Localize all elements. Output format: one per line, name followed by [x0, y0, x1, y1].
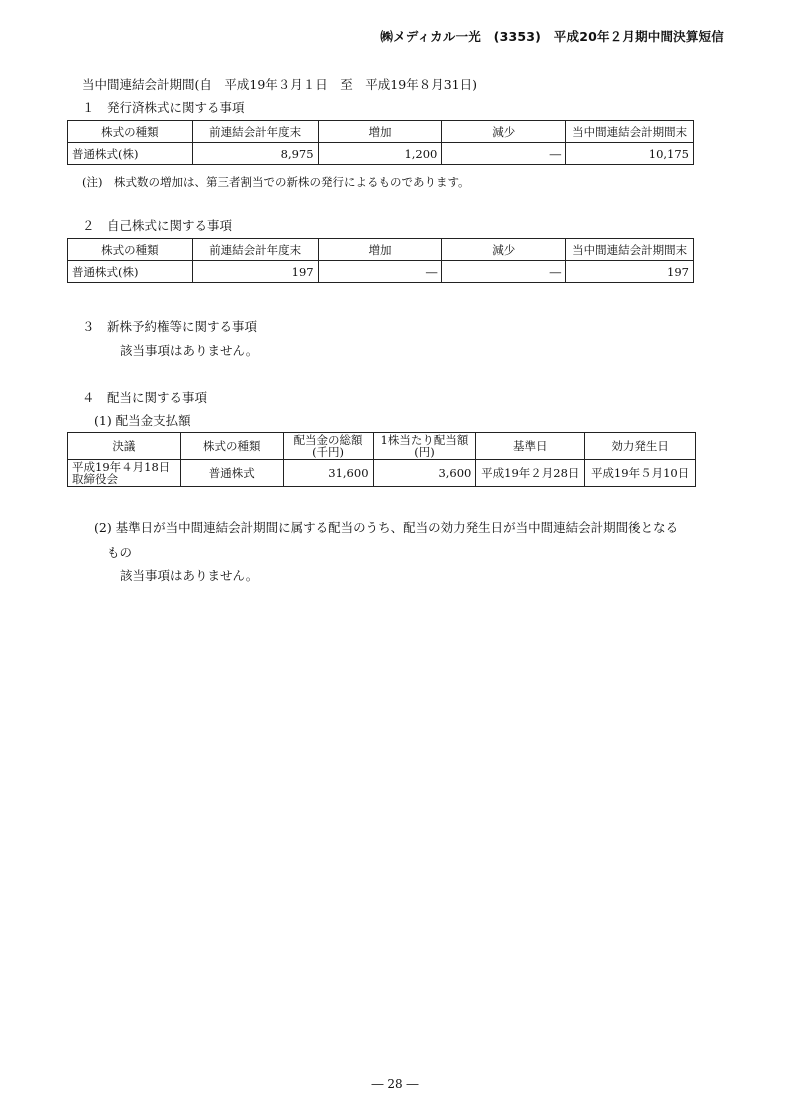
- col-decrease: 減少: [442, 121, 566, 143]
- cell-interim-end: 197: [566, 261, 694, 283]
- col-increase: 増加: [318, 121, 442, 143]
- section4-sub2-title-line1: (2) 基準日が当中間連結会計期間に属する配当のうち、配当の効力発生日が当中間連…: [94, 518, 678, 536]
- col-resolution: 決議: [68, 433, 181, 460]
- section4-title: ４ 配当に関する事項: [82, 388, 207, 406]
- cell-share-type: 普通株式(株): [68, 261, 193, 283]
- table-row: 普通株式(株) 8,975 1,200 ― 10,175: [68, 143, 694, 165]
- cell-prior-year-end: 197: [192, 261, 318, 283]
- section4-sub2-body: 該当事項はありません。: [120, 566, 258, 584]
- cell-decrease: ―: [442, 143, 566, 165]
- col-prior-year-end: 前連結会計年度末: [192, 121, 318, 143]
- table-row: 平成19年４月18日 取締役会 普通株式 31,600 3,600 平成19年２…: [68, 460, 696, 487]
- cell-decrease: ―: [442, 261, 566, 283]
- page-number: ― 28 ―: [0, 1077, 790, 1091]
- cell-interim-end: 10,175: [566, 143, 694, 165]
- cell-resolution: 平成19年４月18日 取締役会: [68, 460, 181, 487]
- col-total-dividend-unit: (千円): [288, 446, 369, 458]
- col-record-date: 基準日: [476, 433, 585, 460]
- col-total-dividend: 配当金の総額 (千円): [283, 433, 373, 460]
- col-prior-year-end: 前連結会計年度末: [192, 239, 318, 261]
- cell-share-type: 普通株式: [180, 460, 283, 487]
- col-dividend-per-share-unit: (円): [378, 446, 472, 458]
- dividends-table: 決議 株式の種類 配当金の総額 (千円) 1株当たり配当額 (円) 基準日 効力…: [67, 432, 696, 487]
- cell-resolution-body: 取締役会: [72, 473, 176, 485]
- cell-share-type: 普通株式(株): [68, 143, 193, 165]
- cell-increase: 1,200: [318, 143, 442, 165]
- col-decrease: 減少: [442, 239, 566, 261]
- cell-dividend-per-share: 3,600: [373, 460, 476, 487]
- cell-increase: ―: [318, 261, 442, 283]
- section2-title: ２ 自己株式に関する事項: [82, 216, 232, 234]
- section1-title: １ 発行済株式に関する事項: [82, 98, 245, 116]
- cell-record-date: 平成19年２月28日: [476, 460, 585, 487]
- section4-sub1-title: (1) 配当金支払額: [94, 411, 191, 429]
- section1-note: (注) 株式数の増加は、第三者割当での新株の発行によるものであります。: [82, 174, 470, 190]
- period-line: 当中間連結会計期間(自 平成19年３月１日 至 平成19年８月31日): [82, 75, 477, 93]
- treasury-shares-table: 株式の種類 前連結会計年度末 増加 減少 当中間連結会計期間末 普通株式(株) …: [67, 238, 694, 283]
- col-interim-end: 当中間連結会計期間末: [566, 239, 694, 261]
- section3-body: 該当事項はありません。: [120, 341, 258, 359]
- col-share-type: 株式の種類: [180, 433, 283, 460]
- section3-title: ３ 新株予約権等に関する事項: [82, 317, 257, 335]
- col-dividend-per-share: 1株当たり配当額 (円): [373, 433, 476, 460]
- section4-sub2-title-line2: もの: [107, 543, 132, 561]
- col-share-type: 株式の種類: [68, 239, 193, 261]
- col-share-type: 株式の種類: [68, 121, 193, 143]
- col-interim-end: 当中間連結会計期間末: [566, 121, 694, 143]
- col-increase: 増加: [318, 239, 442, 261]
- cell-total-dividend: 31,600: [283, 460, 373, 487]
- cell-prior-year-end: 8,975: [192, 143, 318, 165]
- table-header-row: 株式の種類 前連結会計年度末 増加 減少 当中間連結会計期間末: [68, 121, 694, 143]
- document-header: ㈱メディカル一光 (3353) 平成20年２月期中間決算短信: [380, 27, 724, 45]
- table-header-row: 決議 株式の種類 配当金の総額 (千円) 1株当たり配当額 (円) 基準日 効力…: [68, 433, 696, 460]
- table-header-row: 株式の種類 前連結会計年度末 増加 減少 当中間連結会計期間末: [68, 239, 694, 261]
- issued-shares-table: 株式の種類 前連結会計年度末 増加 減少 当中間連結会計期間末 普通株式(株) …: [67, 120, 694, 165]
- table-row: 普通株式(株) 197 ― ― 197: [68, 261, 694, 283]
- cell-effective-date: 平成19年５月10日: [585, 460, 696, 487]
- col-effective-date: 効力発生日: [585, 433, 696, 460]
